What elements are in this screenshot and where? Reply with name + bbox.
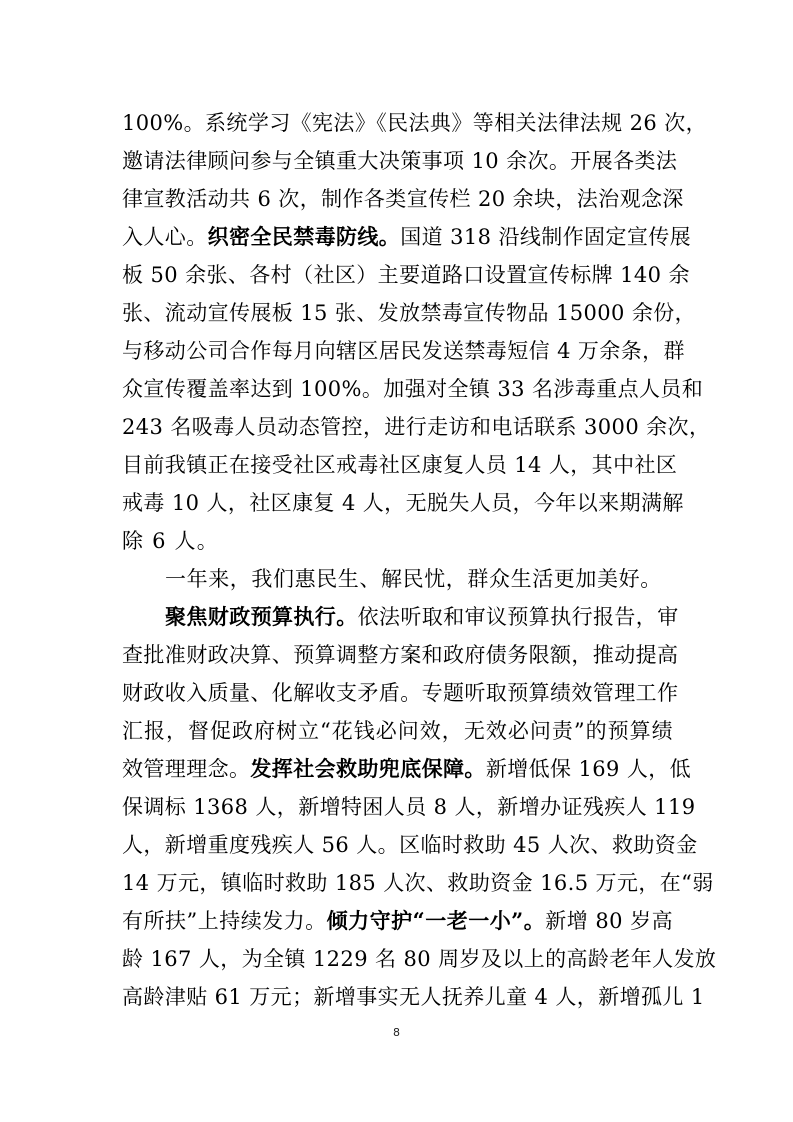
text-segment: 张、流动宣传展板 15 张、发放禁毒宣传物品 15000 余份，: [122, 301, 696, 325]
text-segment: 有所扶”上持续发力。: [122, 909, 327, 933]
text-segment: 新增 80 岁高: [545, 909, 673, 933]
text-segment: 一年来，我们惠民生、解民忧，群众生活更加美好。: [165, 567, 662, 591]
text-segment: 高龄津贴 61 万元；新增事实无人抚养儿童 4 人，新增孤儿 1: [122, 985, 705, 1009]
paragraph-line: 聚焦财政预算执行。依法听取和审议预算执行报告，审: [122, 598, 673, 636]
text-segment: 243 名吸毒人员动态管控，进行走访和电话联系 3000 余次，: [122, 415, 710, 439]
paragraph-line: 除 6 人。: [122, 522, 673, 560]
text-segment: 目前我镇正在接受社区戒毒社区康复人员 14 人，其中社区: [122, 453, 677, 477]
document-page: 100%。系统学习《宪法》《民法典》等相关法律法规 26 次，邀请法律顾问参与全…: [0, 0, 793, 1122]
text-segment: 除 6 人。: [122, 529, 219, 553]
paragraph-line: 14 万元，镇临时救助 185 人次、救助资金 16.5 万元，在“弱: [122, 864, 673, 902]
paragraph-line: 效管理理念。发挥社会救助兜底保障。新增低保 169 人，低: [122, 750, 673, 788]
paragraph-line: 律宣教活动共 6 次，制作各类宣传栏 20 余块，法治观念深: [122, 180, 673, 218]
text-segment: 人，新增重度残疾人 56 人。区临时救助 45 人次、救助资金: [122, 833, 698, 857]
text-segment: 财政收入质量、化解收支矛盾。专题听取预算绩效管理工作: [122, 681, 678, 705]
text-segment: 龄 167 人，为全镇 1229 名 80 周岁及以上的高龄老年人发放: [122, 947, 716, 971]
paragraph-line: 100%。系统学习《宪法》《民法典》等相关法律法规 26 次，: [122, 104, 673, 142]
text-segment: 众宣传覆盖率达到 100%。加强对全镇 33 名涉毒重点人员和: [122, 377, 703, 401]
text-segment: 新增低保 169 人，低: [486, 757, 691, 781]
paragraph-line: 有所扶”上持续发力。倾力守护“一老一小”。新增 80 岁高: [122, 902, 673, 940]
text-segment: 戒毒 10 人，社区康复 4 人，无脱失人员，今年以来期满解: [122, 491, 684, 515]
text-segment: 律宣教活动共 6 次，制作各类宣传栏 20 余块，法治观念深: [122, 187, 684, 211]
body-text: 100%。系统学习《宪法》《民法典》等相关法律法规 26 次，邀请法律顾问参与全…: [122, 104, 673, 1016]
paragraph-line: 汇报，督促政府树立“花钱必问效，无效必问责”的预算绩: [122, 712, 673, 750]
text-segment: 板 50 余张、各村（社区）主要道路口设置宣传标牌 140 余: [122, 263, 690, 287]
paragraph-line: 戒毒 10 人，社区康复 4 人，无脱失人员，今年以来期满解: [122, 484, 673, 522]
text-segment: 14 万元，镇临时救助 185 人次、救助资金 16.5 万元，在“弱: [122, 871, 714, 895]
text-segment: 汇报，督促政府树立“花钱必问效，无效必问责”的预算绩: [122, 719, 673, 743]
paragraph-line: 张、流动宣传展板 15 张、发放禁毒宣传物品 15000 余份，: [122, 294, 673, 332]
text-segment: 邀请法律顾问参与全镇重大决策事项 10 余次。开展各类法: [122, 149, 677, 173]
text-segment: 依法听取和审议预算执行报告，审: [358, 605, 679, 629]
text-segment: 保调标 1368 人，新增特困人员 8 人，新增办证残疾人 119: [122, 795, 695, 819]
paragraph-line: 龄 167 人，为全镇 1229 名 80 周岁及以上的高龄老年人发放: [122, 940, 673, 978]
paragraph-line: 入人心。织密全民禁毒防线。国道 318 沿线制作固定宣传展: [122, 218, 673, 256]
text-segment: 效管理理念。: [122, 757, 250, 781]
paragraph-line: 人，新增重度残疾人 56 人。区临时救助 45 人次、救助资金: [122, 826, 673, 864]
text-segment: 国道 318 沿线制作固定宣传展: [400, 225, 691, 249]
bold-lead-phrase: 倾力守护“一老一小”。: [327, 908, 546, 933]
bold-lead-phrase: 聚焦财政预算执行。: [165, 604, 358, 629]
paragraph-line: 众宣传覆盖率达到 100%。加强对全镇 33 名涉毒重点人员和: [122, 370, 673, 408]
paragraph-line: 目前我镇正在接受社区戒毒社区康复人员 14 人，其中社区: [122, 446, 673, 484]
bold-lead-phrase: 织密全民禁毒防线。: [208, 224, 401, 249]
paragraph-line: 243 名吸毒人员动态管控，进行走访和电话联系 3000 余次，: [122, 408, 673, 446]
bold-lead-phrase: 发挥社会救助兜底保障。: [250, 756, 485, 781]
paragraph-line: 板 50 余张、各村（社区）主要道路口设置宣传标牌 140 余: [122, 256, 673, 294]
paragraph-line: 邀请法律顾问参与全镇重大决策事项 10 余次。开展各类法: [122, 142, 673, 180]
text-segment: 入人心。: [122, 225, 208, 249]
paragraph-line: 保调标 1368 人，新增特困人员 8 人，新增办证残疾人 119: [122, 788, 673, 826]
paragraph-line: 高龄津贴 61 万元；新增事实无人抚养儿童 4 人，新增孤儿 1: [122, 978, 673, 1016]
paragraph-line: 财政收入质量、化解收支矛盾。专题听取预算绩效管理工作: [122, 674, 673, 712]
text-segment: 查批准财政决算、预算调整方案和政府债务限额，推动提高: [122, 643, 678, 667]
page-number: 8: [0, 1026, 793, 1039]
paragraph-line: 与移动公司合作每月向辖区居民发送禁毒短信 4 万余条，群: [122, 332, 673, 370]
section-heading-line: 一年来，我们惠民生、解民忧，群众生活更加美好。: [122, 560, 673, 598]
text-segment: 100%。系统学习《宪法》《民法典》等相关法律法规 26 次，: [122, 111, 707, 135]
paragraph-line: 查批准财政决算、预算调整方案和政府债务限额，推动提高: [122, 636, 673, 674]
text-segment: 与移动公司合作每月向辖区居民发送禁毒短信 4 万余条，群: [122, 339, 685, 363]
